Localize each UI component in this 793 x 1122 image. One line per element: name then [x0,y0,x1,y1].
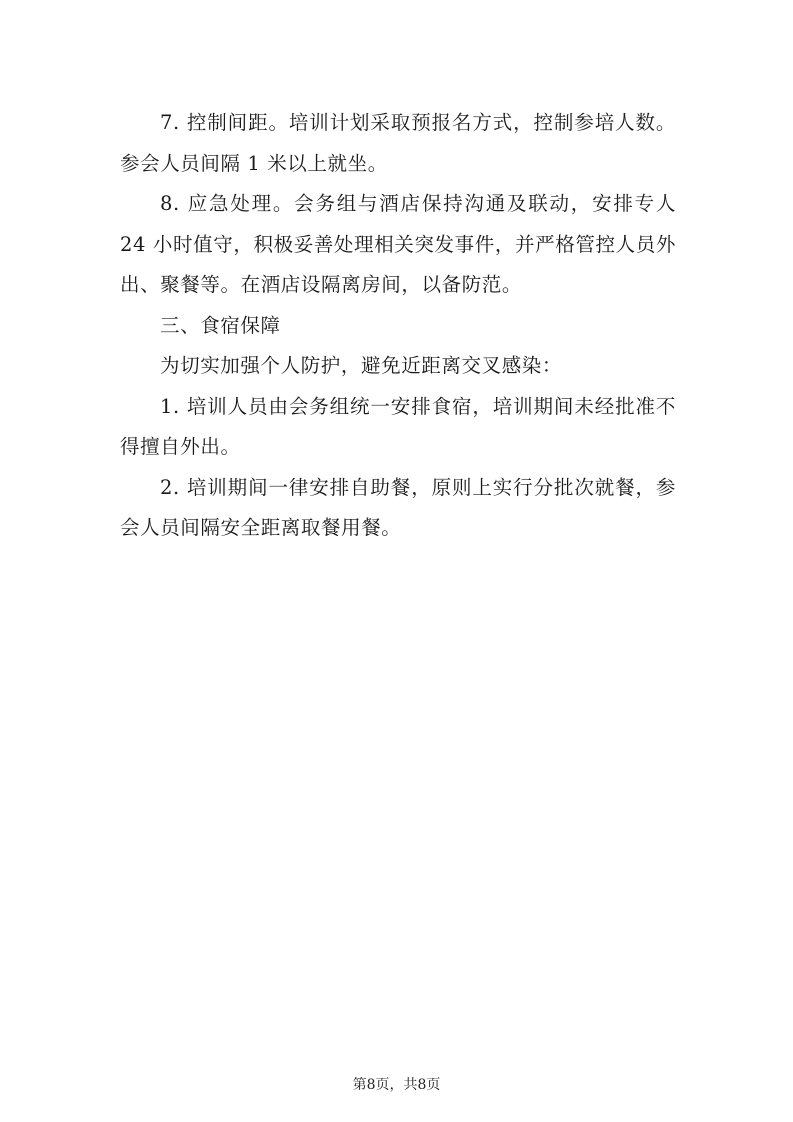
paragraph-item-8-emergency-handling: 8. 应急处理。会务组与酒店保持沟通及联动，安排专人 24 小时值守，积极妥善处… [120,184,676,306]
document-page: 7. 控制间距。培训计划采取预报名方式，控制参培人数。参会人员间隔 1 米以上就… [0,0,793,1122]
section-heading-food-lodging: 三、食宿保障 [120,306,676,347]
paragraph-item-2-meals: 2. 培训期间一律安排自助餐，原则上实行分批次就餐，参会人员间隔安全距离取餐用餐… [120,468,676,549]
paragraph-item-7-spacing-control: 7. 控制间距。培训计划采取预报名方式，控制参培人数。参会人员间隔 1 米以上就… [120,103,676,184]
paragraph-intro: 为切实加强个人防护，避免近距离交叉感染： [120,346,676,387]
paragraph-item-1-lodging: 1. 培训人员由会务组统一安排食宿，培训期间未经批准不得擅自外出。 [120,387,676,468]
page-number-footer: 第8页，共8页 [0,1074,793,1094]
document-body: 7. 控制间距。培训计划采取预报名方式，控制参培人数。参会人员间隔 1 米以上就… [120,103,676,549]
